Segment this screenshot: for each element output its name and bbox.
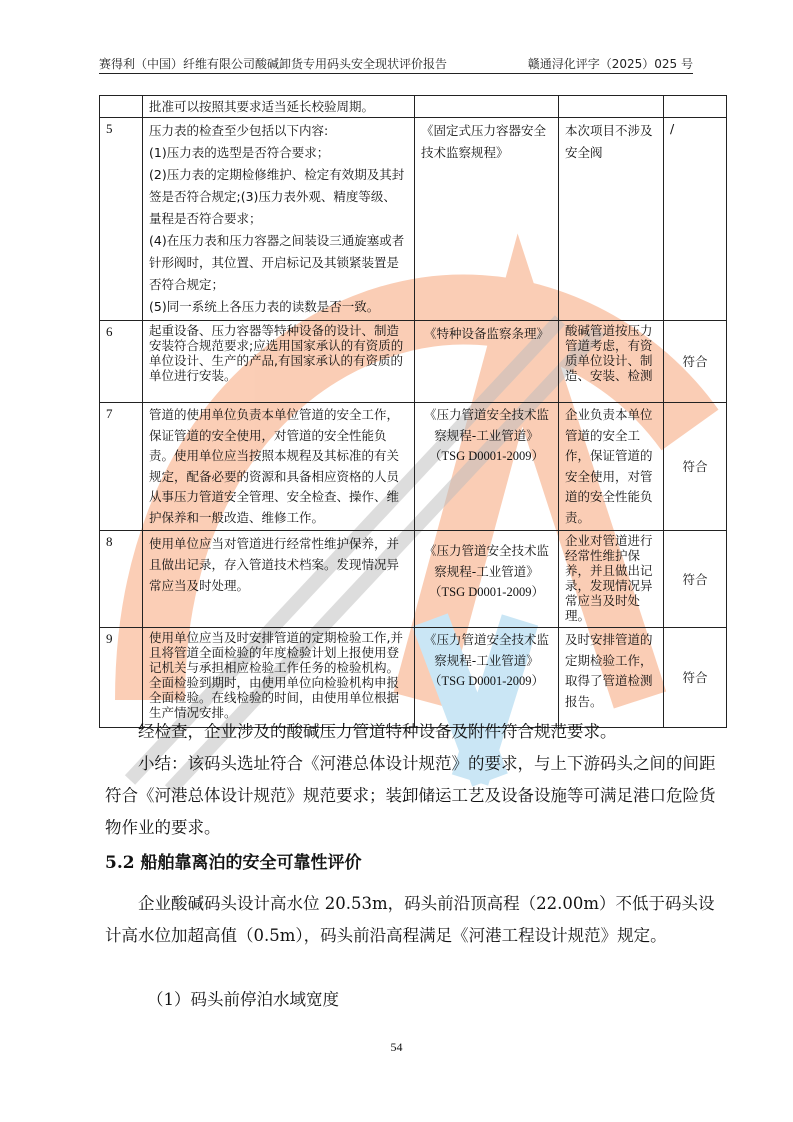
document-number: 赣通浔化评字（2025）025 号 <box>528 57 693 72</box>
row-number: 5 <box>100 118 143 321</box>
result-cell: 符合 <box>664 628 727 728</box>
row-number: 6 <box>100 321 143 403</box>
status-cell: 酸碱管道按压力管道考虑，有资质单位设计、制造、安装、检测 <box>559 321 664 403</box>
table-row: 6 起重设备、压力容器等特种设备的设计、制造安装符合规范要求;应选用国家承认的有… <box>100 321 727 403</box>
result-cell: 符合 <box>664 531 727 628</box>
row-number: 7 <box>100 403 143 531</box>
inspection-table: 批准可以按照其要求适当延长校验周期。 5 压力表的检查至少包括以下内容: (1)… <box>99 95 727 728</box>
subsection-item: （1）码头前停泊水域宽度 <box>105 984 767 1016</box>
basis-cell: 《压力管道安全技术监察规程-工业管道》 （TSG D0001-2009） <box>415 531 559 628</box>
basis-cell: 《压力管道安全技术监察规程-工业管道》 （TSG D0001-2009） <box>415 403 559 531</box>
basis-cell <box>415 96 559 118</box>
inspection-conclusion: 经检查，企业涉及的酸碱压力管道特种设备及附件符合规范要求。 <box>105 716 725 748</box>
result-cell: 符合 <box>664 321 727 403</box>
check-content: 起重设备、压力容器等特种设备的设计、制造安装符合规范要求;应选用国家承认的有资质… <box>143 321 415 403</box>
table-row: 批准可以按照其要求适当延长校验周期。 <box>100 96 727 118</box>
row-number: 9 <box>100 628 143 728</box>
page-number: 54 <box>0 1040 793 1055</box>
page-header: 赛得利（中国）纤维有限公司酸碱卸货专用码头安全现状评价报告 赣通浔化评字（202… <box>99 57 693 74</box>
report-title: 赛得利（中国）纤维有限公司酸碱卸货专用码头安全现状评价报告 <box>99 57 447 72</box>
status-cell: 企业负责本单位管道的安全工作，保证管道的安全使用，对管道的安全性能负责。 <box>559 403 664 531</box>
row-number: 8 <box>100 531 143 628</box>
table-row: 9 使用单位应当及时安排管道的定期检验工作,并且将管道全面检验的年度检验计划上报… <box>100 628 727 728</box>
check-content: 管道的使用单位负责本单位管道的安全工作，保证管道的安全使用，对管道的安全性能负责… <box>143 403 415 531</box>
section-heading: 5.2 船舶靠离泊的安全可靠性评价 <box>105 848 362 873</box>
basis-cell: 《压力管道安全技术监察规程-工业管道》 （TSG D0001-2009） <box>415 628 559 728</box>
basis-cell: 《特种设备监察条理》 <box>415 321 559 403</box>
basis-cell: 《固定式压力容器安全技术监察规程》 <box>415 118 559 321</box>
check-content: 使用单位应当对管道进行经常性维护保养，并且做出记录，存入管道技术档案。发现情况异… <box>143 531 415 628</box>
result-cell: / <box>664 118 727 321</box>
check-content: 批准可以按照其要求适当延长校验周期。 <box>143 96 415 118</box>
table-row: 5 压力表的检查至少包括以下内容: (1)压力表的选型是否符合要求； (2)压力… <box>100 118 727 321</box>
table-row: 7 管道的使用单位负责本单位管道的安全工作，保证管道的安全使用，对管道的安全性能… <box>100 403 727 531</box>
result-cell: 符合 <box>664 403 727 531</box>
check-content: 压力表的检查至少包括以下内容: (1)压力表的选型是否符合要求； (2)压力表的… <box>143 118 415 321</box>
status-cell: 本次项目不涉及安全阀 <box>559 118 664 321</box>
row-number <box>100 96 143 118</box>
table-row: 8 使用单位应当对管道进行经常性维护保养，并且做出记录，存入管道技术档案。发现情… <box>100 531 727 628</box>
status-cell: 企业对管道进行经常性维护保养，并且做出记录，发现情况异常应当及时处理。 <box>559 531 664 628</box>
check-content: 使用单位应当及时安排管道的定期检验工作,并且将管道全面检验的年度检验计划上报使用… <box>143 628 415 728</box>
summary-paragraph: 小结：该码头选址符合《河港总体设计规范》的要求，与上下游码头之间的间距符合《河港… <box>105 748 725 844</box>
berthing-paragraph: 企业酸碱码头设计高水位 20.53m，码头前沿顶高程（22.00m）不低于码头设… <box>105 888 725 952</box>
status-cell: 及时安排管道的定期检验工作，取得了管道检测报告。 <box>559 628 664 728</box>
status-cell <box>559 96 664 118</box>
result-cell <box>664 96 727 118</box>
